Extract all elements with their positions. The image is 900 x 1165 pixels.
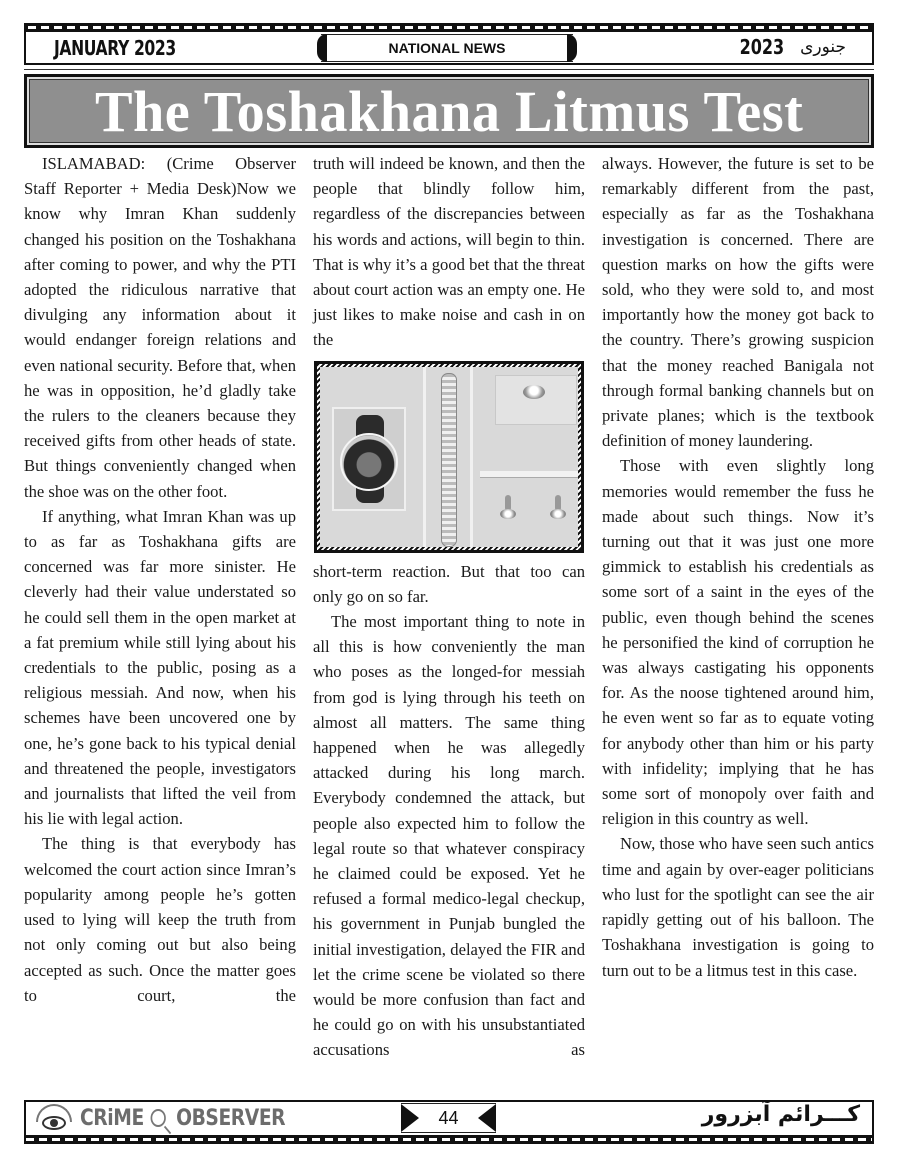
cufflink-icon [550,495,566,521]
paragraph: The most important thing to note in all … [313,609,585,1063]
paragraph: ISLAMABAD: (Crime Observer Staff Reporte… [24,151,296,504]
footer-dashed-rule [24,1135,874,1144]
crime-observer-logo: CRiME OBSERVER [34,1104,321,1132]
page-number: 44 [438,1108,458,1129]
urdu-logo: کـــرائم آبزرور [702,1102,860,1127]
case-divider [423,367,426,547]
magnifier-icon [151,1109,166,1127]
section-label: NATIONAL NEWS [389,40,506,56]
paragraph: Now, those who have seen such antics tim… [602,831,874,982]
ring-box [495,375,577,425]
arrow-right-icon [401,1104,419,1132]
paragraph: always. However, the future is set to be… [602,151,874,453]
gifts-photo [320,367,578,547]
header-dashed-rule [26,23,872,32]
eye-badge-icon [34,1104,74,1132]
paragraph: truth will indeed be known, and then the… [313,151,585,353]
case-divider [470,367,473,547]
footer-row: CRiME OBSERVER 44 کـــرائم آبزرور [26,1102,872,1135]
page-header: JANUARY 2023 NATIONAL NEWS 2023 جنوری [24,23,874,65]
section-label-pill: NATIONAL NEWS [321,34,573,62]
ring-icon [523,385,545,399]
paragraph: short-term reaction. But that too can on… [313,559,585,609]
cufflink-icon [500,495,516,521]
paragraph: The thing is that everybody has welcomed… [24,831,296,1007]
article-column-1: ISLAMABAD: (Crime Observer Staff Reporte… [24,151,296,1008]
page-footer: CRiME OBSERVER 44 کـــرائم آبزرور [24,1100,874,1144]
header-underline [24,69,874,70]
issue-month-urdu: جنوری [800,37,846,57]
logo-wordmark: CRiME OBSERVER [80,1106,285,1131]
article-column-2: truth will indeed be known, and then the… [313,151,585,1063]
logo-word-crime: CRiME [80,1106,144,1131]
arrow-left-icon [478,1104,496,1132]
logo-word-observer: OBSERVER [176,1106,285,1131]
page-number-box: 44 [401,1103,496,1133]
issue-date-urdu: 2023 جنوری [734,35,846,59]
header-row: JANUARY 2023 NATIONAL NEWS 2023 جنوری [26,32,872,63]
watch-icon [340,433,398,491]
paragraph: Those with even slightly long memories w… [602,453,874,831]
eye-pupil [50,1119,58,1127]
article-photo-frame [314,361,584,553]
issue-year-urdu-side: 2023 [740,35,785,59]
article-column-3: always. However, the future is set to be… [602,151,874,983]
watch-pocket [332,407,406,511]
headline-banner: The Toshakhana Litmus Test [24,74,874,148]
pen-icon [441,373,457,547]
paragraph: If anything, what Imran Khan was up to a… [24,504,296,832]
issue-date-english: JANUARY 2023 [54,36,176,60]
article-headline: The Toshakhana Litmus Test [95,78,803,145]
cufflink-shelf [480,471,578,478]
